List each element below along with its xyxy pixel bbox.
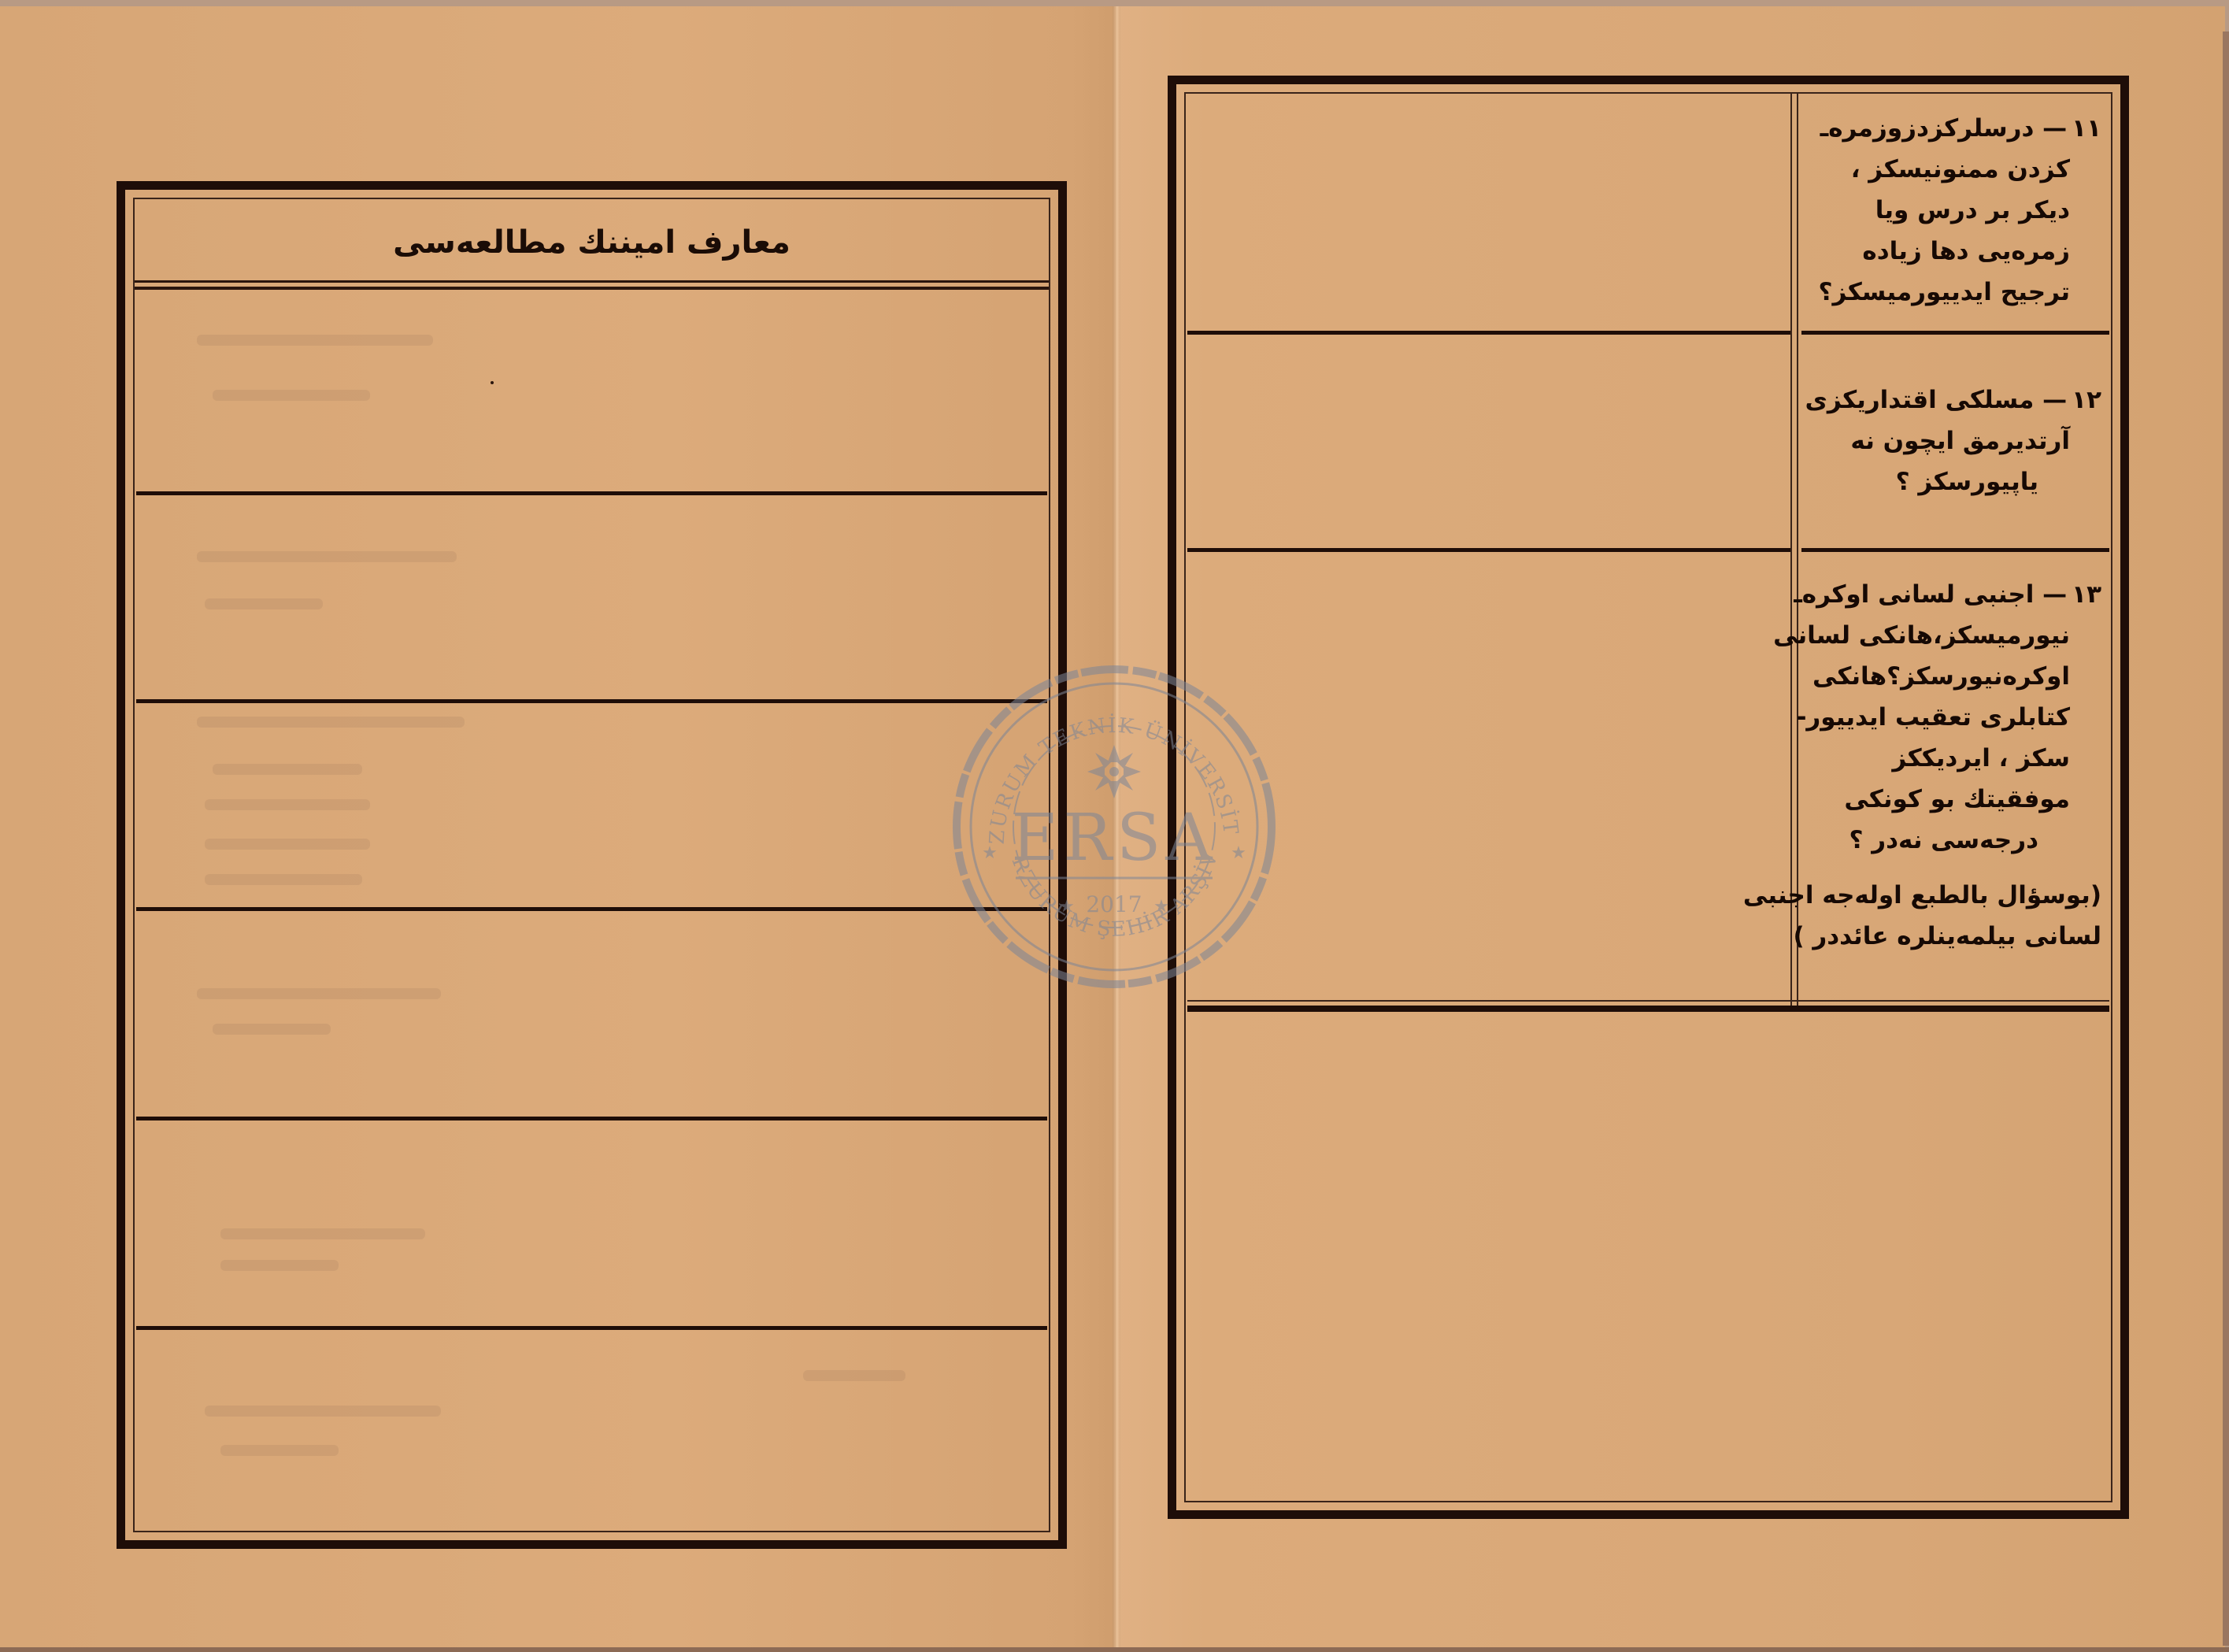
answer-cell-11[interactable]	[1187, 95, 1787, 332]
question-11: ۱۱— درسلركزدزوزمره‌ـ كزدن ممنونیسكز ، دی…	[1787, 108, 2101, 313]
response-row[interactable]	[136, 1121, 1047, 1324]
question-number: ۱۱	[2072, 114, 2101, 143]
row-divider	[136, 907, 1047, 911]
row-divider	[1187, 331, 1790, 335]
left-page-header: معارف امیننك مطالعه‌سی	[135, 199, 1049, 286]
binding-fold	[1113, 6, 1120, 1648]
response-row[interactable]	[136, 704, 1047, 907]
question-12: ۱۲— مسلكی اقتداریكزی آرتدیرمق ایچون نه ی…	[1787, 380, 2101, 502]
response-row[interactable]	[136, 290, 1047, 492]
response-row[interactable]	[136, 1331, 1047, 1534]
page-bottom-shadow	[0, 1647, 2229, 1652]
row-divider	[136, 699, 1047, 703]
response-row[interactable]	[136, 496, 1047, 699]
page-title: معارف امیننك مطالعه‌سی	[393, 224, 791, 261]
section-thick-rule	[1187, 1006, 2109, 1012]
row-divider	[136, 1117, 1047, 1120]
answer-cell-12[interactable]	[1187, 340, 1787, 549]
question-13-note: (بوسؤال بالطبع اوله‌جه اجنبی لسانی بیلمه…	[1787, 875, 2101, 957]
row-divider	[1801, 331, 2109, 335]
page-edge-shadow	[2223, 31, 2229, 1646]
question-number: ۱۲	[2072, 386, 2101, 414]
left-page-frame: معارف امیننك مطالعه‌سی	[117, 181, 1067, 1549]
row-divider	[136, 491, 1047, 495]
answer-cell-13[interactable]	[1187, 557, 1787, 1006]
section-thin-rule	[1187, 1000, 2109, 1002]
right-page-frame: ۱۱— درسلركزدزوزمره‌ـ كزدن ممنونیسكز ، دی…	[1168, 76, 2129, 1519]
question-13: ۱۳— اجنبی لسانی اوكره‌ـ نیورمیسكز،هانكی …	[1787, 574, 2101, 957]
row-divider	[136, 1326, 1047, 1330]
response-row[interactable]	[136, 912, 1047, 1115]
question-number: ۱۳	[2072, 580, 2101, 609]
row-divider	[1187, 548, 1790, 552]
bottom-answer-box[interactable]	[1187, 1013, 2109, 1499]
header-double-rule	[135, 280, 1049, 290]
row-divider	[1801, 548, 2109, 552]
